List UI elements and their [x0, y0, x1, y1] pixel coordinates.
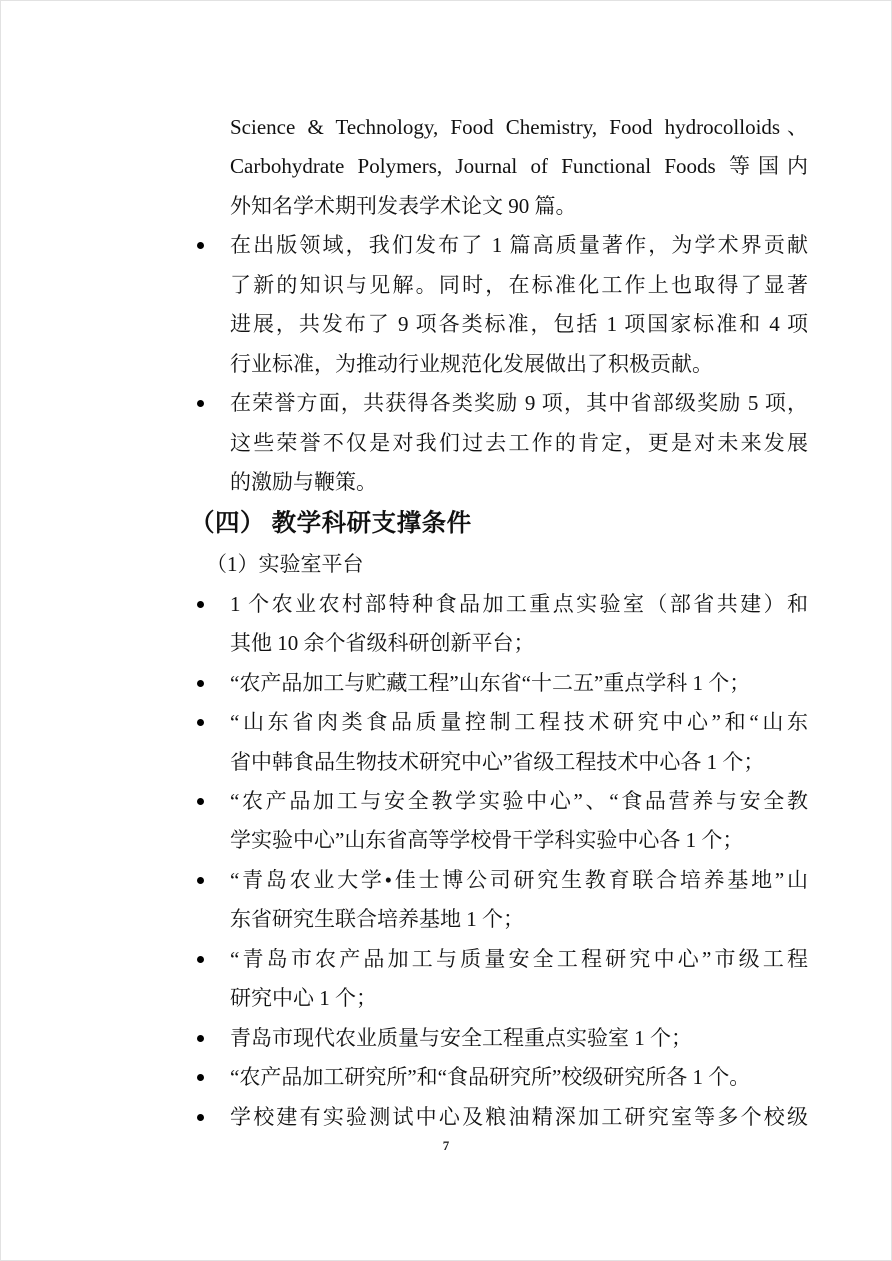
page-number: 7: [0, 1138, 892, 1154]
text-line: Carbohydrate Polymers, Journal of Functi…: [230, 147, 808, 186]
bullet-icon: [197, 601, 204, 608]
bullet-publications: 在出版领域，我们发布了 1 篇高质量著作，为学术界贡献了新的知识与见解。同时，在…: [230, 226, 808, 384]
section-heading: （四） 教学科研支撑条件: [230, 502, 808, 545]
text-line: 学校建有实验测试中心及粮油精深加工研究室等多个校级: [230, 1098, 808, 1137]
text-line: 1 个农业农村部特种食品加工重点实验室（部省共建）和: [230, 585, 808, 624]
document-page: { "page": { "number": "7" }, "document":…: [0, 0, 892, 1261]
text-line: 外知名学术期刊发表学术论文 90 篇。: [230, 187, 808, 226]
subsection-heading: （1）实验室平台: [230, 545, 808, 584]
bullet-teaching-labs: “农产品加工与安全教学实验中心”、“食品营养与安全教学实验中心”山东省高等学校骨…: [230, 782, 808, 861]
bullet-icon: [197, 798, 204, 805]
text-line: （四） 教学科研支撑条件: [190, 502, 808, 545]
text-line: 进展，共发布了 9 项各类标准，包括 1 项国家标准和 4 项: [230, 305, 808, 344]
bullet-icon: [197, 956, 204, 963]
text-line: 其他 10 余个省级科研创新平台；: [230, 624, 808, 663]
bullet-school-institutes: “农产品加工研究所”和“食品研究所”校级研究所各 1 个。: [230, 1058, 808, 1097]
text-line: 省中韩食品生物技术研究中心”省级工程技术中心各 1 个；: [230, 743, 808, 782]
text-line: 这些荣誉不仅是对我们过去工作的肯定，更是对未来发展: [230, 424, 808, 463]
text-line: （1）实验室平台: [206, 545, 808, 584]
text-line: “农产品加工与安全教学实验中心”、“食品营养与安全教: [230, 782, 808, 821]
text-line: 在出版领域，我们发布了 1 篇高质量著作，为学术界贡献: [230, 226, 808, 265]
text-line: “青岛市农产品加工与质量安全工程研究中心”市级工程: [230, 940, 808, 979]
text-line: Science & Technology, Food Chemistry, Fo…: [230, 108, 808, 147]
text-line: “农产品加工与贮藏工程”山东省“十二五”重点学科 1 个；: [230, 664, 808, 703]
text-line: 了新的知识与见解。同时，在标准化工作上也取得了显著: [230, 266, 808, 305]
bullet-test-center: 学校建有实验测试中心及粮油精深加工研究室等多个校级: [230, 1098, 808, 1137]
text-line: “青岛农业大学•佳士博公司研究生教育联合培养基地”山: [230, 861, 808, 900]
bullet-icon: [197, 680, 204, 687]
text-line: 研究中心 1 个；: [230, 979, 808, 1018]
paragraph-continuation: Science & Technology, Food Chemistry, Fo…: [230, 108, 808, 226]
bullet-city-key-lab: 青岛市现代农业质量与安全工程重点实验室 1 个；: [230, 1019, 808, 1058]
text-line: “山东省肉类食品质量控制工程技术研究中心”和“山东: [230, 703, 808, 742]
bullet-icon: [197, 1074, 204, 1081]
bullet-icon: [197, 242, 204, 249]
bullet-engineering-centers: “山东省肉类食品质量控制工程技术研究中心”和“山东省中韩食品生物技术研究中心”省…: [230, 703, 808, 782]
bullet-icon: [197, 877, 204, 884]
bullet-key-discipline: “农产品加工与贮藏工程”山东省“十二五”重点学科 1 个；: [230, 664, 808, 703]
text-line: “农产品加工研究所”和“食品研究所”校级研究所各 1 个。: [230, 1058, 808, 1097]
bullet-honors: 在荣誉方面，共获得各类奖励 9 项，其中省部级奖励 5 项，这些荣誉不仅是对我们…: [230, 384, 808, 502]
bullet-icon: [197, 719, 204, 726]
text-line: 东省研究生联合培养基地 1 个；: [230, 900, 808, 939]
bullet-icon: [197, 1035, 204, 1042]
text-line: 学实验中心”山东省高等学校骨干学科实验中心各 1 个；: [230, 821, 808, 860]
document-body: Science & Technology, Food Chemistry, Fo…: [230, 108, 808, 1137]
text-line: 行业标准，为推动行业规范化发展做出了积极贡献。: [230, 345, 808, 384]
text-line: 青岛市现代农业质量与安全工程重点实验室 1 个；: [230, 1019, 808, 1058]
bullet-icon: [197, 400, 204, 407]
text-line: 在荣誉方面，共获得各类奖励 9 项，其中省部级奖励 5 项，: [230, 384, 808, 423]
bullet-graduate-base: “青岛农业大学•佳士博公司研究生教育联合培养基地”山东省研究生联合培养基地 1 …: [230, 861, 808, 940]
bullet-key-lab: 1 个农业农村部特种食品加工重点实验室（部省共建）和其他 10 余个省级科研创新…: [230, 585, 808, 664]
bullet-city-center: “青岛市农产品加工与质量安全工程研究中心”市级工程研究中心 1 个；: [230, 940, 808, 1019]
bullet-icon: [197, 1114, 204, 1121]
text-line: 的激励与鞭策。: [230, 463, 808, 502]
